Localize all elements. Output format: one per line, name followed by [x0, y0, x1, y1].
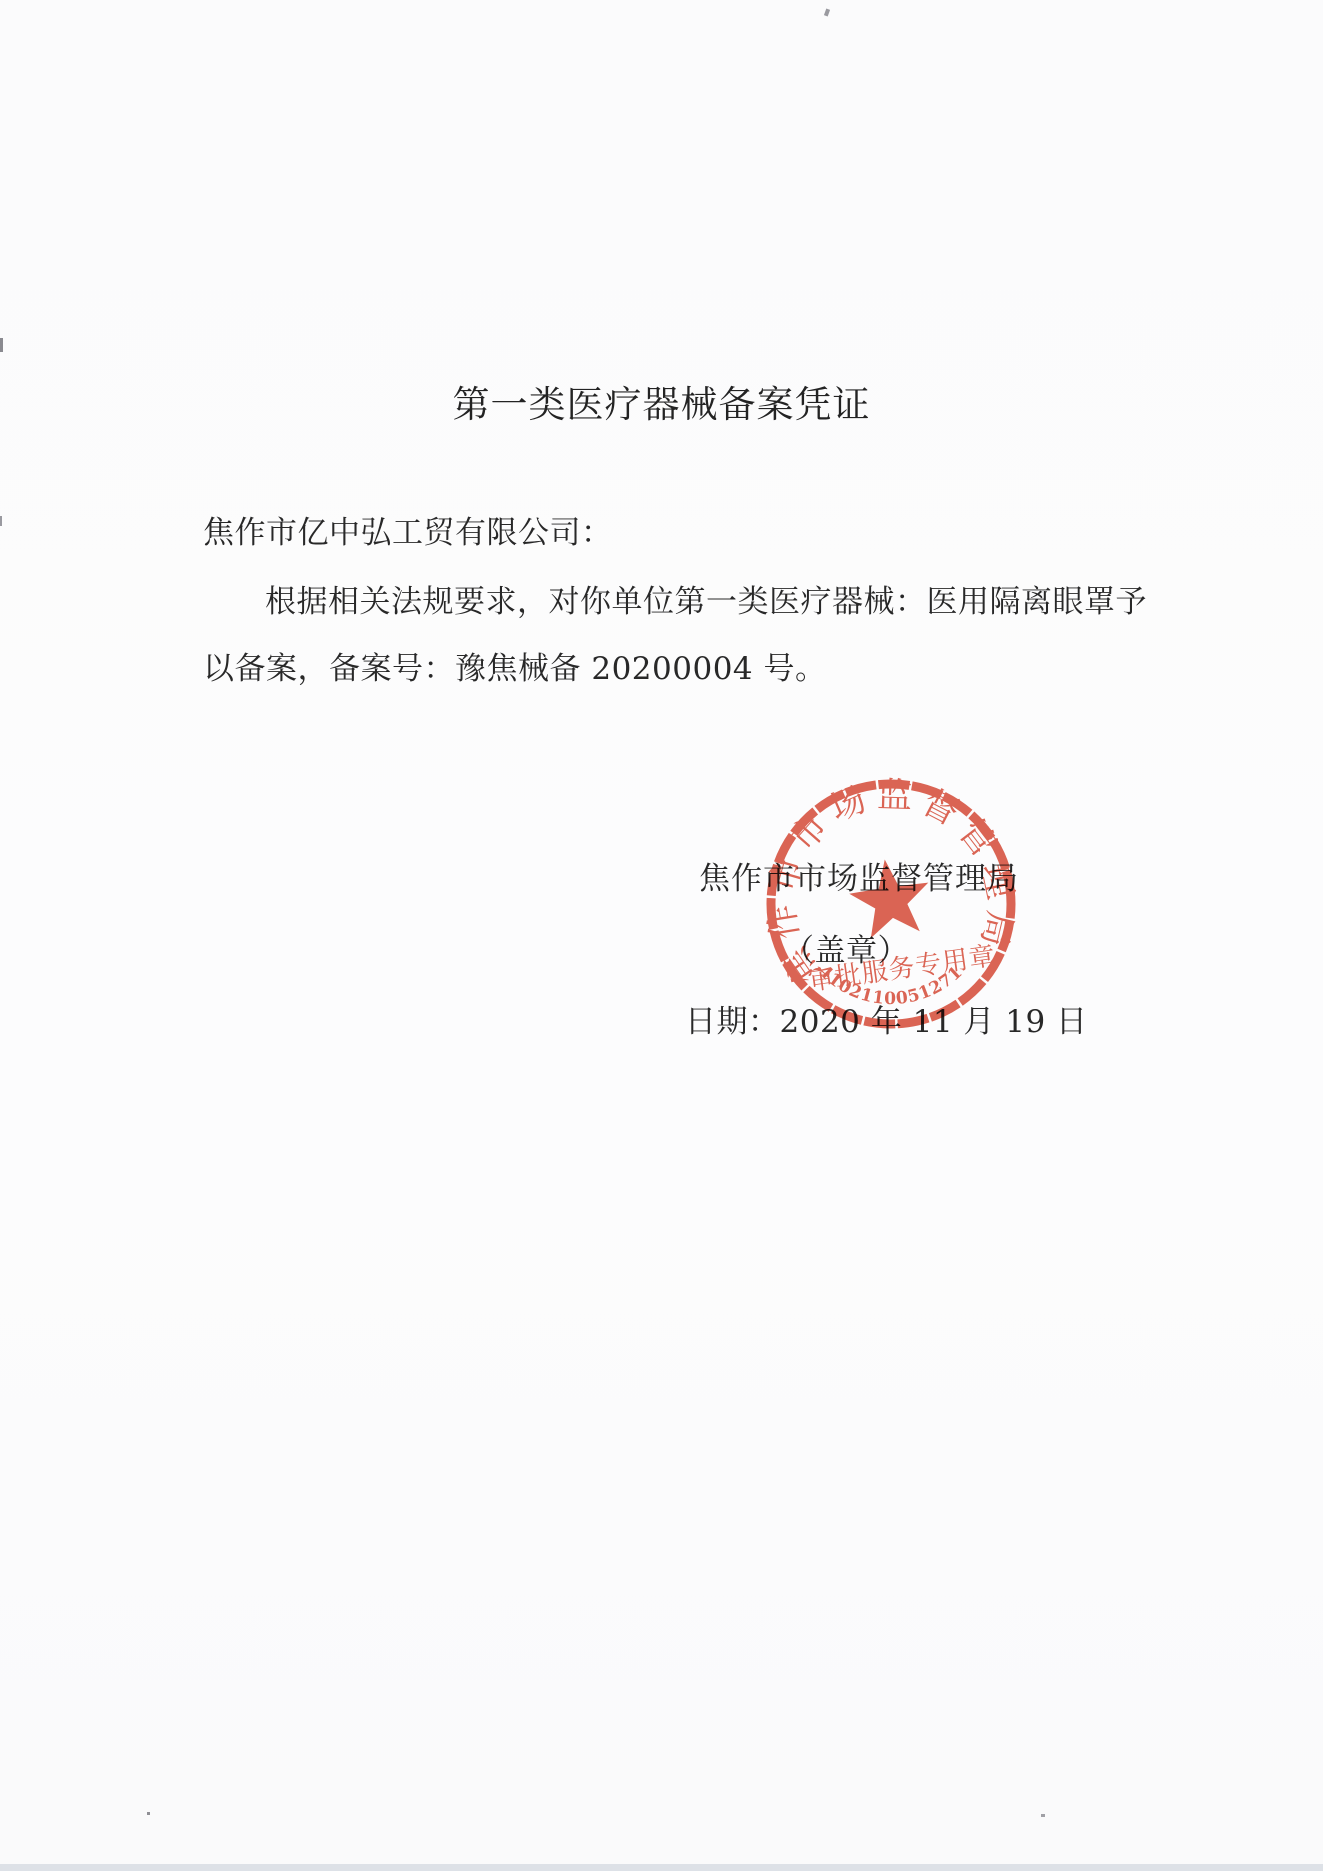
scan-edge-mark — [0, 516, 2, 526]
scan-speck — [147, 1812, 150, 1815]
scan-edge-mark — [0, 338, 3, 352]
body-text-line-2: 以备案，备案号：豫焦械备 20200004 号。 — [203, 652, 827, 688]
seal-star-icon — [845, 854, 935, 940]
scan-bottom-edge — [0, 1864, 1323, 1871]
scan-speck — [824, 9, 830, 17]
body-text-line-1: 根据相关法规要求，对你单位第一类医疗器械：医用隔离眼罩予 — [265, 585, 1147, 621]
salutation-line: 焦作市亿中弘工贸有限公司： — [203, 516, 613, 552]
scan-speck — [1041, 1814, 1045, 1817]
page-title: 第一类医疗器械备案凭证 — [0, 374, 1323, 428]
official-red-seal: 焦作市市场监督管理局 审批服务专用章 4102110051271 — [722, 735, 1061, 1074]
certificate-page: 第一类医疗器械备案凭证 焦作市亿中弘工贸有限公司： 根据相关法规要求，对你单位第… — [0, 0, 1323, 1871]
